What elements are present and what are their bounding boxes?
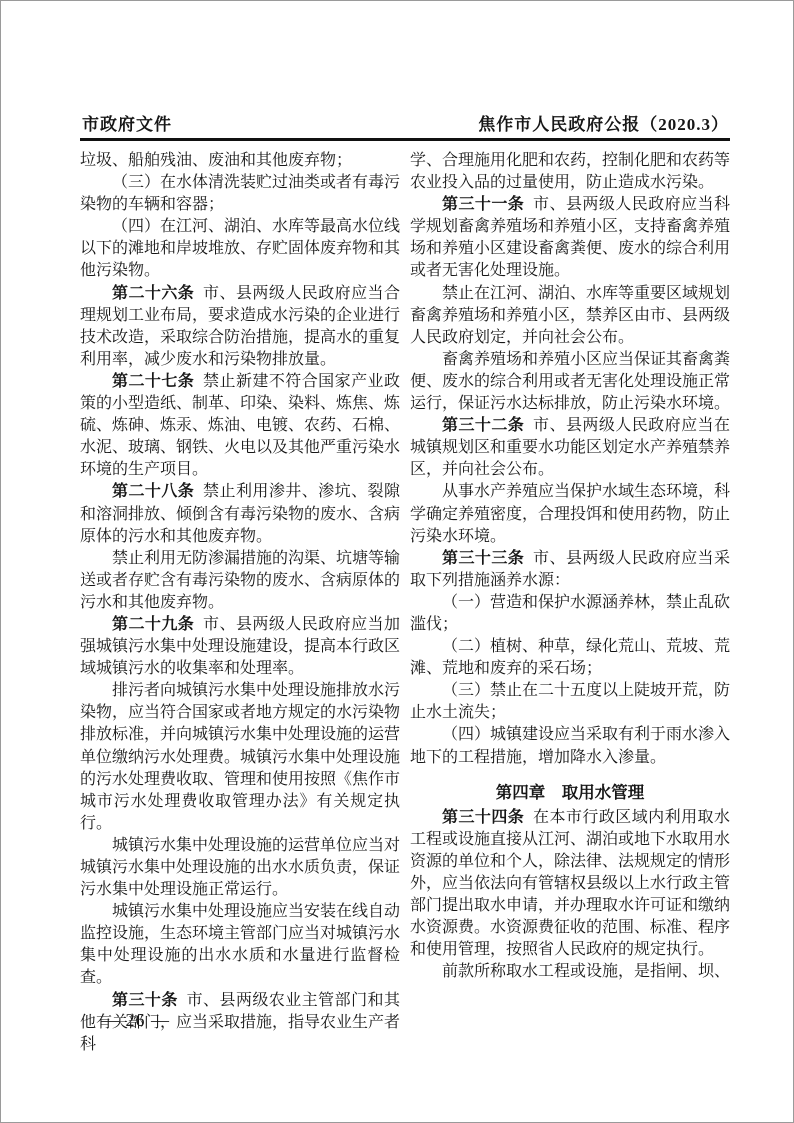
paragraph: 畜禽养殖场和养殖小区应当保证其畜禽粪便、废水的综合利用或者无害化处理设施正常运行…: [410, 349, 730, 415]
article-number: 第二十九条: [112, 616, 194, 633]
article-number: 第三十一条: [442, 196, 524, 213]
paragraph: （四）在江河、湖泊、水库等最高水位线以下的滩地和岸坡堆放、存贮固体废弃物和其他污…: [80, 216, 400, 282]
paragraph: 第三十三条市、县两级人民政府应当采取下列措施涵养水源：: [410, 548, 730, 592]
paragraph: （二）植树、种草，绿化荒山、荒坡、荒滩、荒地和废弃的采石场；: [410, 636, 730, 680]
header-divider: [80, 138, 730, 141]
paragraph: （三）在水体清洗装贮过油类或者有毒污染物的车辆和容器；: [80, 172, 400, 216]
left-column: 垃圾、船舶残油、废油和其他废弃物；（三）在水体清洗装贮过油类或者有毒污染物的车辆…: [80, 150, 400, 1056]
paragraph: 第三十二条市、县两级人民政府应当在城镇规划区和重要水功能区划定水产养殖禁养区，并…: [410, 415, 730, 481]
article-number: 第二十六条: [112, 285, 194, 302]
paragraph: 禁止在江河、湖泊、水库等重要区域规划畜禽养殖场和养殖小区，禁养区由市、县两级人民…: [410, 283, 730, 349]
paragraph: 垃圾、船舶残油、废油和其他废弃物；: [80, 150, 400, 172]
header-right-label: 焦作市人民政府公报（2020.3）: [478, 110, 729, 135]
chapter-heading: 第四章 取用水管理: [410, 782, 730, 804]
page-header: 市政府文件 焦作市人民政府公报（2020.3）: [82, 110, 729, 135]
paragraph: 学、合理施用化肥和农药，控制化肥和农药等农业投入品的过量使用，防止造成水污染。: [410, 150, 730, 194]
paragraph: 第二十八条禁止利用渗井、渗坑、裂隙和溶洞排放、倾倒含有毒污染物的废水、含病原体的…: [80, 481, 400, 547]
paragraph: 前款所称取水工程或设施，是指闸、坝、: [410, 961, 730, 983]
article-number: 第二十七条: [112, 373, 194, 390]
article-number: 第三十四条: [442, 809, 524, 826]
paragraph: （三）禁止在二十五度以上陡坡开荒，防止水土流失；: [410, 680, 730, 724]
paragraph: 第三十一条市、县两级人民政府应当科学规划畜禽养殖场和养殖小区，支持畜禽养殖场和养…: [410, 194, 730, 282]
article-number: 第二十八条: [112, 483, 194, 500]
paragraph: 从事水产养殖应当保护水域生态环境，科学确定养殖密度，合理投饵和使用药物，防止污染…: [410, 481, 730, 547]
article-number: 第三十条: [112, 992, 178, 1009]
document-body: 垃圾、船舶残油、废油和其他废弃物；（三）在水体清洗装贮过油类或者有毒污染物的车辆…: [80, 150, 730, 1056]
article-number: 第三十三条: [442, 550, 524, 567]
paragraph: （一）营造和保护水源涵养林，禁止乱砍滥伐；: [410, 592, 730, 636]
paragraph: 城镇污水集中处理设施应当安装在线自动监控设施，生态环境主管部门应当对城镇污水集中…: [80, 901, 400, 989]
page-number: — 26 —: [101, 1010, 170, 1031]
gazette-page: 市政府文件 焦作市人民政府公报（2020.3） 垃圾、船舶残油、废油和其他废弃物…: [0, 0, 794, 1123]
paragraph: 第二十七条禁止新建不符合国家产业政策的小型造纸、制革、印染、染料、炼焦、炼硫、炼…: [80, 371, 400, 481]
paragraph: 城镇污水集中处理设施的运营单位应当对城镇污水集中处理设施的出水水质负责，保证污水…: [80, 835, 400, 901]
header-left-label: 市政府文件: [82, 110, 172, 135]
paragraph: 第二十九条市、县两级人民政府应当加强城镇污水集中处理设施建设，提高本行政区域城镇…: [80, 614, 400, 680]
article-number: 第三十二条: [442, 417, 524, 434]
right-column: 学、合理施用化肥和农药，控制化肥和农药等农业投入品的过量使用，防止造成水污染。第…: [410, 150, 730, 1056]
paragraph: （四）城镇建设应当采取有利于雨水渗入地下的工程措施，增加降水入渗量。: [410, 724, 730, 768]
paragraph: 禁止利用无防渗漏措施的沟渠、坑塘等输送或者存贮含有毒污染物的废水、含病原体的污水…: [80, 548, 400, 614]
paragraph: 第三十四条在本市行政区域内利用取水工程或设施直接从江河、湖泊或地下水取用水资源的…: [410, 807, 730, 962]
paragraph: 第二十六条市、县两级人民政府应当合理规划工业布局，要求造成水污染的企业进行技术改…: [80, 283, 400, 371]
paragraph: 排污者向城镇污水集中处理设施排放水污染物，应当符合国家或者地方规定的水污染物排放…: [80, 680, 400, 835]
